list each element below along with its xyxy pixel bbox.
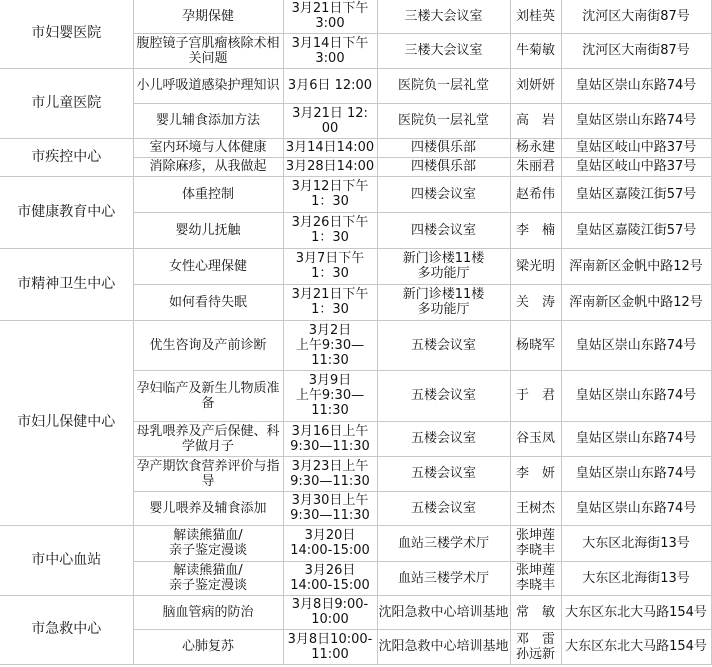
organization-cell: 市急救中心 <box>0 595 133 664</box>
venue-cell: 四楼会议室 <box>377 176 510 212</box>
address-cell: 浑南新区金帆中路12号 <box>561 248 711 284</box>
topic-cell: 如何看待失眠 <box>133 284 283 320</box>
address-cell: 大东区东北大马路154号 <box>561 629 711 664</box>
table-row: 市中心血站解读熊猫血/ 亲子鉴定漫谈3月20日 14:00-15:00血站三楼学… <box>0 525 711 561</box>
speaker-cell: 邓 雷 孙远新 <box>510 629 561 664</box>
topic-cell: 消除麻疹，从我做起 <box>133 157 283 176</box>
address-cell: 皇姑区崇山东路74号 <box>561 491 711 525</box>
topic-cell: 心肺复苏 <box>133 629 283 664</box>
time-cell: 3月6日 12:00 <box>283 68 377 103</box>
organization-cell: 市妇婴医院 <box>0 0 133 68</box>
table-row: 市妇儿保健中心优生咨询及产前诊断3月2日 上午9:30— 11:30五楼会议室杨… <box>0 320 711 370</box>
address-cell: 皇姑区岐山中路37号 <box>561 157 711 176</box>
speaker-cell: 常 敏 <box>510 595 561 629</box>
venue-cell: 血站三楼学术厅 <box>377 561 510 595</box>
time-cell: 3月21日下午 3:00 <box>283 0 377 33</box>
topic-cell: 孕期保健 <box>133 0 283 33</box>
topic-cell: 体重控制 <box>133 176 283 212</box>
venue-cell: 五楼会议室 <box>377 491 510 525</box>
time-cell: 3月26日下午 1：30 <box>283 212 377 248</box>
venue-cell: 四楼俱乐部 <box>377 138 510 157</box>
speaker-cell: 朱丽君 <box>510 157 561 176</box>
speaker-cell: 王树杰 <box>510 491 561 525</box>
speaker-cell: 梁光明 <box>510 248 561 284</box>
organization-cell: 市妇儿保健中心 <box>0 320 133 525</box>
time-cell: 3月30日上午 9:30—11:30 <box>283 491 377 525</box>
venue-cell: 三楼大会议室 <box>377 0 510 33</box>
time-cell: 3月23日上午 9:30—11:30 <box>283 456 377 491</box>
time-cell: 3月8日9:00- 10:00 <box>283 595 377 629</box>
time-cell: 3月2日 上午9:30— 11:30 <box>283 320 377 370</box>
speaker-cell: 杨永建 <box>510 138 561 157</box>
topic-cell: 解读熊猫血/ 亲子鉴定漫谈 <box>133 561 283 595</box>
topic-cell: 孕产期饮食营养评价与指导 <box>133 456 283 491</box>
topic-cell: 婴儿喂养及辅食添加 <box>133 491 283 525</box>
venue-cell: 医院负一层礼堂 <box>377 68 510 103</box>
speaker-cell: 高 岩 <box>510 103 561 138</box>
table-row: 市疾控中心室内环境与人体健康3月14日14:00四楼俱乐部杨永建皇姑区岐山中路3… <box>0 138 711 157</box>
speaker-cell: 杨晓军 <box>510 320 561 370</box>
address-cell: 皇姑区崇山东路74号 <box>561 68 711 103</box>
table-row: 市健康教育中心体重控制3月12日下午 1：30四楼会议室赵希伟皇姑区嘉陵江街57… <box>0 176 711 212</box>
address-cell: 沈河区大南街87号 <box>561 33 711 68</box>
venue-cell: 四楼俱乐部 <box>377 157 510 176</box>
time-cell: 3月12日下午 1：30 <box>283 176 377 212</box>
address-cell: 大东区东北大马路154号 <box>561 595 711 629</box>
organization-cell: 市精神卫生中心 <box>0 248 133 320</box>
organization-cell: 市健康教育中心 <box>0 176 133 248</box>
time-cell: 3月14日14:00 <box>283 138 377 157</box>
venue-cell: 新门诊楼11楼 多功能厅 <box>377 248 510 284</box>
venue-cell: 五楼会议室 <box>377 370 510 421</box>
time-cell: 3月16日上午 9:30—11:30 <box>283 421 377 456</box>
address-cell: 皇姑区崇山东路74号 <box>561 320 711 370</box>
venue-cell: 五楼会议室 <box>377 456 510 491</box>
speaker-cell: 赵希伟 <box>510 176 561 212</box>
time-cell: 3月28日14:00 <box>283 157 377 176</box>
topic-cell: 脑血管病的防治 <box>133 595 283 629</box>
time-cell: 3月14日下午 3:00 <box>283 33 377 68</box>
speaker-cell: 李 楠 <box>510 212 561 248</box>
address-cell: 浑南新区金帆中路12号 <box>561 284 711 320</box>
address-cell: 皇姑区崇山东路74号 <box>561 456 711 491</box>
lecture-schedule-table: 市妇婴医院孕期保健3月21日下午 3:00三楼大会议室刘桂英沈河区大南街87号腹… <box>0 0 712 665</box>
time-cell: 3月21日下午 1：30 <box>283 284 377 320</box>
venue-cell: 三楼大会议室 <box>377 33 510 68</box>
topic-cell: 母乳喂养及产后保健、科学做月子 <box>133 421 283 456</box>
speaker-cell: 谷玉凤 <box>510 421 561 456</box>
address-cell: 皇姑区嘉陵江街57号 <box>561 176 711 212</box>
time-cell: 3月26日 14:00-15:00 <box>283 561 377 595</box>
time-cell: 3月7日下午 1：30 <box>283 248 377 284</box>
time-cell: 3月8日10:00- 11:00 <box>283 629 377 664</box>
speaker-cell: 关 涛 <box>510 284 561 320</box>
topic-cell: 优生咨询及产前诊断 <box>133 320 283 370</box>
table-row: 市儿童医院小儿呼吸道感染护理知识3月6日 12:00医院负一层礼堂刘妍妍皇姑区崇… <box>0 68 711 103</box>
table-row: 市急救中心脑血管病的防治3月8日9:00- 10:00沈阳急救中心培训基地常 敏… <box>0 595 711 629</box>
topic-cell: 室内环境与人体健康 <box>133 138 283 157</box>
organization-cell: 市中心血站 <box>0 525 133 595</box>
venue-cell: 五楼会议室 <box>377 320 510 370</box>
table-row: 市精神卫生中心女性心理保健3月7日下午 1：30新门诊楼11楼 多功能厅梁光明浑… <box>0 248 711 284</box>
venue-cell: 新门诊楼11楼 多功能厅 <box>377 284 510 320</box>
speaker-cell: 牛菊敏 <box>510 33 561 68</box>
venue-cell: 四楼会议室 <box>377 212 510 248</box>
speaker-cell: 张坤莲 李晓丰 <box>510 561 561 595</box>
speaker-cell: 李 妍 <box>510 456 561 491</box>
organization-cell: 市儿童医院 <box>0 68 133 138</box>
venue-cell: 沈阳急救中心培训基地 <box>377 595 510 629</box>
organization-cell: 市疾控中心 <box>0 138 133 176</box>
address-cell: 大东区北海街13号 <box>561 525 711 561</box>
topic-cell: 腹腔镜子宫肌瘤核除术相关问题 <box>133 33 283 68</box>
venue-cell: 血站三楼学术厅 <box>377 525 510 561</box>
topic-cell: 小儿呼吸道感染护理知识 <box>133 68 283 103</box>
time-cell: 3月20日 14:00-15:00 <box>283 525 377 561</box>
table-row: 市妇婴医院孕期保健3月21日下午 3:00三楼大会议室刘桂英沈河区大南街87号 <box>0 0 711 33</box>
speaker-cell: 于 君 <box>510 370 561 421</box>
venue-cell: 医院负一层礼堂 <box>377 103 510 138</box>
address-cell: 皇姑区崇山东路74号 <box>561 103 711 138</box>
venue-cell: 沈阳急救中心培训基地 <box>377 629 510 664</box>
time-cell: 3月9日 上午9:30— 11:30 <box>283 370 377 421</box>
speaker-cell: 刘妍妍 <box>510 68 561 103</box>
topic-cell: 孕妇临产及新生儿物质准备 <box>133 370 283 421</box>
address-cell: 皇姑区岐山中路37号 <box>561 138 711 157</box>
topic-cell: 女性心理保健 <box>133 248 283 284</box>
address-cell: 皇姑区崇山东路74号 <box>561 421 711 456</box>
speaker-cell: 张坤莲 李晓丰 <box>510 525 561 561</box>
speaker-cell: 刘桂英 <box>510 0 561 33</box>
address-cell: 皇姑区嘉陵江街57号 <box>561 212 711 248</box>
topic-cell: 解读熊猫血/ 亲子鉴定漫谈 <box>133 525 283 561</box>
address-cell: 皇姑区崇山东路74号 <box>561 370 711 421</box>
address-cell: 沈河区大南街87号 <box>561 0 711 33</box>
venue-cell: 五楼会议室 <box>377 421 510 456</box>
address-cell: 大东区北海街13号 <box>561 561 711 595</box>
table-body: 市妇婴医院孕期保健3月21日下午 3:00三楼大会议室刘桂英沈河区大南街87号腹… <box>0 0 711 664</box>
topic-cell: 婴儿辅食添加方法 <box>133 103 283 138</box>
time-cell: 3月21日 12: 00 <box>283 103 377 138</box>
topic-cell: 婴幼儿抚触 <box>133 212 283 248</box>
